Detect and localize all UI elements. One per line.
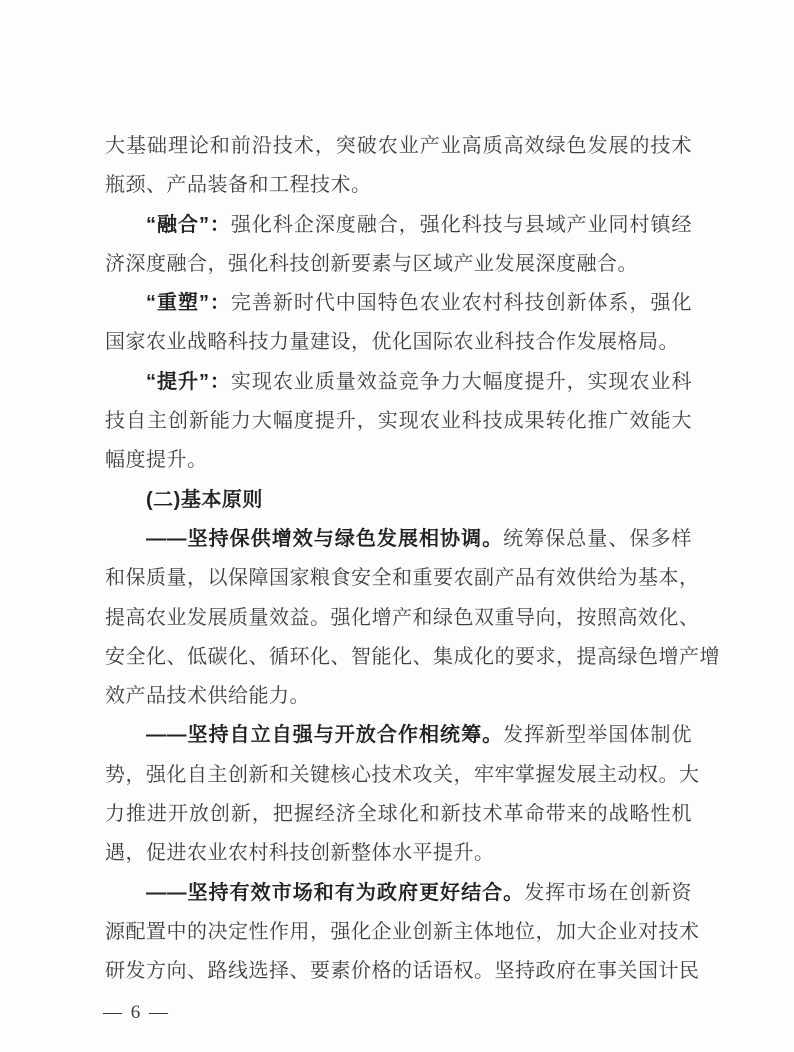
text-line: 国家农业战略科技力量建设，优化国际农业科技合作发展格局。 bbox=[105, 323, 692, 362]
text-line-emphasis: “融合”： bbox=[146, 214, 231, 236]
text-line-body: 统筹保总量、保多样 bbox=[503, 528, 692, 550]
text-line: 源配置中的决定性作用，强化企业创新主体地位，加大企业对技术 bbox=[105, 913, 692, 952]
text-line-body: 技自主创新能力大幅度提升，实现农业科技成果转化推广效能大 bbox=[105, 410, 692, 432]
text-line-body: 瓶颈、产品装备和工程技术。 bbox=[105, 174, 372, 196]
text-line-body: 大基础理论和前沿技术，突破农业产业高质高效绿色发展的技术 bbox=[105, 135, 692, 157]
text-line: 效产品技术供给能力。 bbox=[105, 677, 692, 716]
text-line-body: 济深度融合，强化科技创新要素与区域产业发展深度融合。 bbox=[105, 253, 638, 275]
text-line-emphasis: “重塑”： bbox=[146, 292, 231, 314]
text-line-body: 实现农业质量效益竞争力大幅度提升，实现农业科 bbox=[231, 371, 692, 393]
text-line: “提升”：实现农业质量效益竞争力大幅度提升，实现农业科 bbox=[105, 363, 692, 402]
text-line: 研发方向、路线选择、要素价格的话语权。坚持政府在事关国计民 bbox=[105, 952, 692, 991]
text-line: 济深度融合，强化科技创新要素与区域产业发展深度融合。 bbox=[105, 245, 692, 284]
text-line-body: 发挥新型举国体制优 bbox=[503, 724, 692, 746]
text-line-emphasis: ——坚持有效市场和有为政府更好结合。 bbox=[146, 882, 524, 904]
text-line: 势，强化自主创新和关键核心技术攻关，牢牢掌握发展主动权。大 bbox=[105, 756, 692, 795]
text-line-body: 遇，促进农业农村科技创新整体水平提升。 bbox=[105, 842, 495, 864]
text-line: 幅度提升。 bbox=[105, 441, 692, 480]
text-line-body: 源配置中的决定性作用，强化企业创新主体地位，加大企业对技术 bbox=[105, 921, 700, 943]
text-line: 遇，促进农业农村科技创新整体水平提升。 bbox=[105, 834, 692, 873]
text-line: 安全化、低碳化、循环化、智能化、集成化的要求，提高绿色增产增 bbox=[105, 638, 692, 677]
text-line: 瓶颈、产品装备和工程技术。 bbox=[105, 166, 692, 205]
text-line-body: 幅度提升。 bbox=[105, 449, 208, 471]
text-line-emphasis: ——坚持保供增效与绿色发展相协调。 bbox=[146, 528, 503, 550]
text-line-body: 和保质量，以保障国家粮食安全和重要农副产品有效供给为基本， bbox=[105, 567, 700, 589]
text-line-body: 发挥市场在创新资 bbox=[524, 882, 692, 904]
text-line: “融合”：强化科企深度融合，强化科技与县域产业同村镇经 bbox=[105, 206, 692, 245]
text-line: ——坚持有效市场和有为政府更好结合。发挥市场在创新资 bbox=[105, 874, 692, 913]
text-line-body: 强化科企深度融合，强化科技与县域产业同村镇经 bbox=[231, 214, 692, 236]
text-line-body: 国家农业战略科技力量建设，优化国际农业科技合作发展格局。 bbox=[105, 331, 679, 353]
text-line-body: 效产品技术供给能力。 bbox=[105, 685, 310, 707]
document-body: 大基础理论和前沿技术，突破农业产业高质高效绿色发展的技术瓶颈、产品装备和工程技术… bbox=[105, 127, 692, 992]
text-line-body: 力推进开放创新，把握经济全球化和新技术革命带来的战略性机 bbox=[105, 803, 692, 825]
text-line: “重塑”：完善新时代中国特色农业农村科技创新体系，强化 bbox=[105, 284, 692, 323]
text-line-body: 势，强化自主创新和关键核心技术攻关，牢牢掌握发展主动权。大 bbox=[105, 764, 700, 786]
text-line-body: 完善新时代中国特色农业农村科技创新体系，强化 bbox=[231, 292, 692, 314]
text-line: 提高农业发展质量效益。强化增产和绿色双重导向，按照高效化、 bbox=[105, 599, 692, 638]
text-line: 力推进开放创新，把握经济全球化和新技术革命带来的战略性机 bbox=[105, 795, 692, 834]
text-line: (二)基本原则 bbox=[105, 481, 692, 520]
text-line: ——坚持自立自强与开放合作相统筹。发挥新型举国体制优 bbox=[105, 716, 692, 755]
text-line-emphasis: (二)基本原则 bbox=[146, 489, 263, 511]
text-line: 大基础理论和前沿技术，突破农业产业高质高效绿色发展的技术 bbox=[105, 127, 692, 166]
text-line-emphasis: ——坚持自立自强与开放合作相统筹。 bbox=[146, 724, 503, 746]
text-line: 技自主创新能力大幅度提升，实现农业科技成果转化推广效能大 bbox=[105, 402, 692, 441]
text-line-body: 研发方向、路线选择、要素价格的话语权。坚持政府在事关国计民 bbox=[105, 960, 700, 982]
text-line: ——坚持保供增效与绿色发展相协调。统筹保总量、保多样 bbox=[105, 520, 692, 559]
text-line-body: 提高农业发展质量效益。强化增产和绿色双重导向，按照高效化、 bbox=[105, 607, 700, 629]
page-number: — 6 — bbox=[103, 1002, 170, 1024]
text-line-emphasis: “提升”： bbox=[146, 371, 231, 393]
text-line-body: 安全化、低碳化、循环化、智能化、集成化的要求，提高绿色增产增 bbox=[105, 646, 720, 668]
text-line: 和保质量，以保障国家粮食安全和重要农副产品有效供给为基本， bbox=[105, 559, 692, 598]
document-page: 大基础理论和前沿技术，突破农业产业高质高效绿色发展的技术瓶颈、产品装备和工程技术… bbox=[0, 0, 794, 1052]
